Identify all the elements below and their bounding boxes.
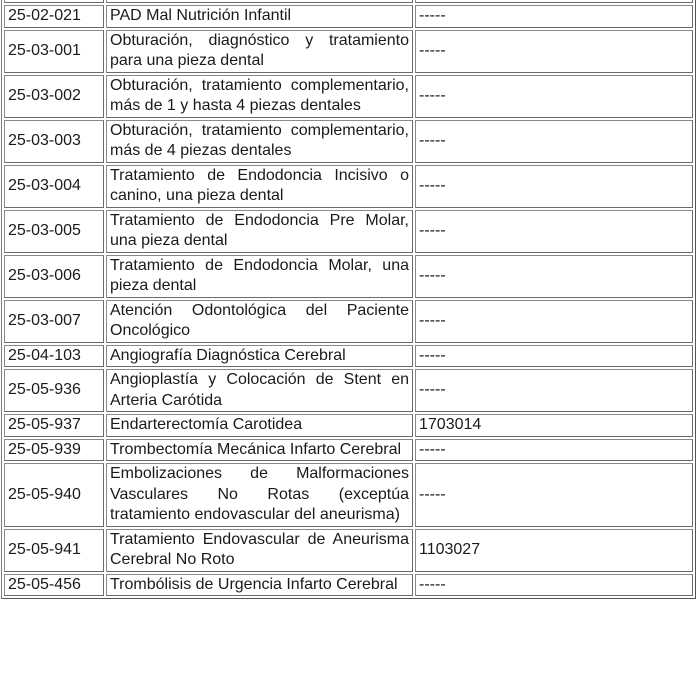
- cell-code: 25-02-021: [4, 5, 104, 28]
- cell-description: Tratamiento de Endodoncia Incisivo o can…: [106, 165, 413, 208]
- table-row: 25-04-103 Angiografía Diagnóstica Cerebr…: [4, 345, 693, 368]
- cell-code: 25-05-941: [4, 529, 104, 572]
- table-row: 25-03-004 Tratamiento de Endodoncia Inci…: [4, 165, 693, 208]
- cell-description: Atención Odontológica del Paciente Oncol…: [106, 300, 413, 343]
- table-row: 25-03-006 Tratamiento de Endodoncia Mola…: [4, 255, 693, 298]
- table-row: 25-02-021 PAD Mal Nutrición Infantil ---…: [4, 5, 693, 28]
- cell-reference: -----: [415, 5, 693, 28]
- cell-description: Tratamiento de Endodoncia Pre Molar, una…: [106, 210, 413, 253]
- cell-description: Embolizaciones de Malformaciones Vascula…: [106, 463, 413, 527]
- cell-code: 25-05-939: [4, 439, 104, 462]
- cell-reference: -----: [415, 255, 693, 298]
- cell-description: Obturación, diagnóstico y tratamiento pa…: [106, 30, 413, 73]
- cell-reference: -----: [415, 439, 693, 462]
- table-row: 25-03-002 Obturación, tratamiento comple…: [4, 75, 693, 118]
- table-row: 25-03-003 Obturación, tratamiento comple…: [4, 120, 693, 163]
- table-row: 25-03-001 Obturación, diagnóstico y trat…: [4, 30, 693, 73]
- cell-code: 25-03-007: [4, 300, 104, 343]
- cell-code: 25-05-936: [4, 369, 104, 412]
- cell-description: Tratamiento de Endodoncia Molar, una pie…: [106, 255, 413, 298]
- cell-reference: -----: [415, 369, 693, 412]
- cell-reference: -----: [415, 574, 693, 597]
- table-row: 25-05-936 Angioplastía y Colocación de S…: [4, 369, 693, 412]
- table-row: 25-03-007 Atención Odontológica del Paci…: [4, 300, 693, 343]
- cell-code: 25-05-456: [4, 574, 104, 597]
- procedures-table: 25-02-021 PAD Mal Nutrición Infantil ---…: [1, 0, 696, 599]
- cell-description: Endarterectomía Carotidea: [106, 414, 413, 437]
- cell-code: [4, 0, 104, 3]
- procedures-table-body: 25-02-021 PAD Mal Nutrición Infantil ---…: [4, 0, 693, 596]
- cell-reference: -----: [415, 30, 693, 73]
- table-row: 25-05-941 Tratamiento Endovascular de An…: [4, 529, 693, 572]
- cell-code: 25-03-004: [4, 165, 104, 208]
- cell-description: Tratamiento Endovascular de Aneurisma Ce…: [106, 529, 413, 572]
- cell-reference: 1703014: [415, 414, 693, 437]
- cell-code: 25-05-940: [4, 463, 104, 527]
- table-row: 25-03-005 Tratamiento de Endodoncia Pre …: [4, 210, 693, 253]
- cell-code: 25-05-937: [4, 414, 104, 437]
- cell-description: Angioplastía y Colocación de Stent en Ar…: [106, 369, 413, 412]
- cell-reference: [415, 0, 693, 3]
- cell-reference: -----: [415, 165, 693, 208]
- cell-description: PAD Mal Nutrición Infantil: [106, 5, 413, 28]
- cell-description: Obturación, tratamiento complementario, …: [106, 75, 413, 118]
- cell-code: 25-04-103: [4, 345, 104, 368]
- table-row: 25-05-456 Trombólisis de Urgencia Infart…: [4, 574, 693, 597]
- cell-reference: -----: [415, 345, 693, 368]
- cell-reference: -----: [415, 463, 693, 527]
- cell-code: 25-03-005: [4, 210, 104, 253]
- cell-description: Angiografía Diagnóstica Cerebral: [106, 345, 413, 368]
- table-row: 25-05-940 Embolizaciones de Malformacion…: [4, 463, 693, 527]
- cell-reference: -----: [415, 75, 693, 118]
- table-row-clipped: [4, 0, 693, 3]
- cell-description: Trombólisis de Urgencia Infarto Cerebral: [106, 574, 413, 597]
- cell-description: Obturación, tratamiento complementario, …: [106, 120, 413, 163]
- cell-reference: 1103027: [415, 529, 693, 572]
- procedures-table-container: 25-02-021 PAD Mal Nutrición Infantil ---…: [1, 0, 696, 599]
- cell-reference: -----: [415, 300, 693, 343]
- table-row: 25-05-937 Endarterectomía Carotidea 1703…: [4, 414, 693, 437]
- cell-code: 25-03-003: [4, 120, 104, 163]
- cell-code: 25-03-006: [4, 255, 104, 298]
- cell-description: Trombectomía Mecánica Infarto Cerebral: [106, 439, 413, 462]
- cell-code: 25-03-001: [4, 30, 104, 73]
- cell-code: 25-03-002: [4, 75, 104, 118]
- cell-reference: -----: [415, 210, 693, 253]
- table-row: 25-05-939 Trombectomía Mecánica Infarto …: [4, 439, 693, 462]
- cell-description: [106, 0, 413, 3]
- cell-reference: -----: [415, 120, 693, 163]
